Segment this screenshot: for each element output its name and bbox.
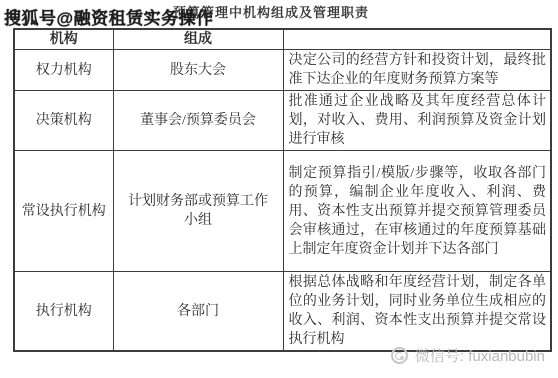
wechat-logo-icon	[391, 347, 408, 364]
duty-cell: 制定预算指引/模版/步骤等，收取各部门的预算，编制企业年度收入、利润、费用、资本…	[283, 151, 551, 272]
composition-cell: 各部门	[113, 272, 283, 352]
org-cell: 执行机构	[14, 272, 113, 352]
column-header-org: 机构	[14, 29, 113, 50]
composition-cell: 计划财务部或预算工作小组	[113, 151, 283, 272]
column-header-duty	[283, 29, 551, 50]
table-row: 决策机构 董事会/预算委员会 批准通过企业战略及其年度经营总体计划，对收入、费用…	[14, 91, 551, 151]
duty-cell: 决定公司的经营方针和投资计划，最终批准下达企业的年度财务预算方案等	[283, 50, 551, 91]
column-header-composition: 组成	[113, 29, 283, 50]
wechat-watermark: 微信号: fuxianbubin	[391, 345, 545, 366]
table-row: 权力机构 股东大会 决定公司的经营方针和投资计划，最终批准下达企业的年度财务预算…	[14, 50, 551, 91]
table-row: 常设执行机构 计划财务部或预算工作小组 制定预算指引/模版/步骤等，收取各部门的…	[14, 151, 551, 272]
org-cell: 权力机构	[14, 50, 113, 91]
org-cell: 常设执行机构	[14, 151, 113, 272]
duty-cell: 批准通过企业战略及其年度经营总体计划，对收入、费用、利润预算及资金计划进行审核	[283, 91, 551, 151]
sohu-watermark: 搜狐号@融资租赁实务操作	[4, 4, 214, 29]
document-page: { "watermark_top": "搜狐号@融资租赁实务操作", "titl…	[0, 0, 558, 378]
table-row: 执行机构 各部门 根据总体战略和年度经营计划，制定各单位的业务计划，同时业务单位…	[14, 272, 551, 352]
duty-cell: 根据总体战略和年度经营计划，制定各单位的业务计划，同时业务单位生成相应的收入、利…	[283, 272, 551, 352]
composition-cell: 股东大会	[113, 50, 283, 91]
wechat-id-label: 微信号: fuxianbubin	[415, 345, 545, 366]
budget-responsibility-table: 机构 组成 权力机构 股东大会 决定公司的经营方针和投资计划，最终批准下达企业的…	[13, 28, 552, 352]
org-cell: 决策机构	[14, 91, 113, 151]
table-header-row: 机构 组成	[14, 29, 551, 50]
composition-cell: 董事会/预算委员会	[113, 91, 283, 151]
